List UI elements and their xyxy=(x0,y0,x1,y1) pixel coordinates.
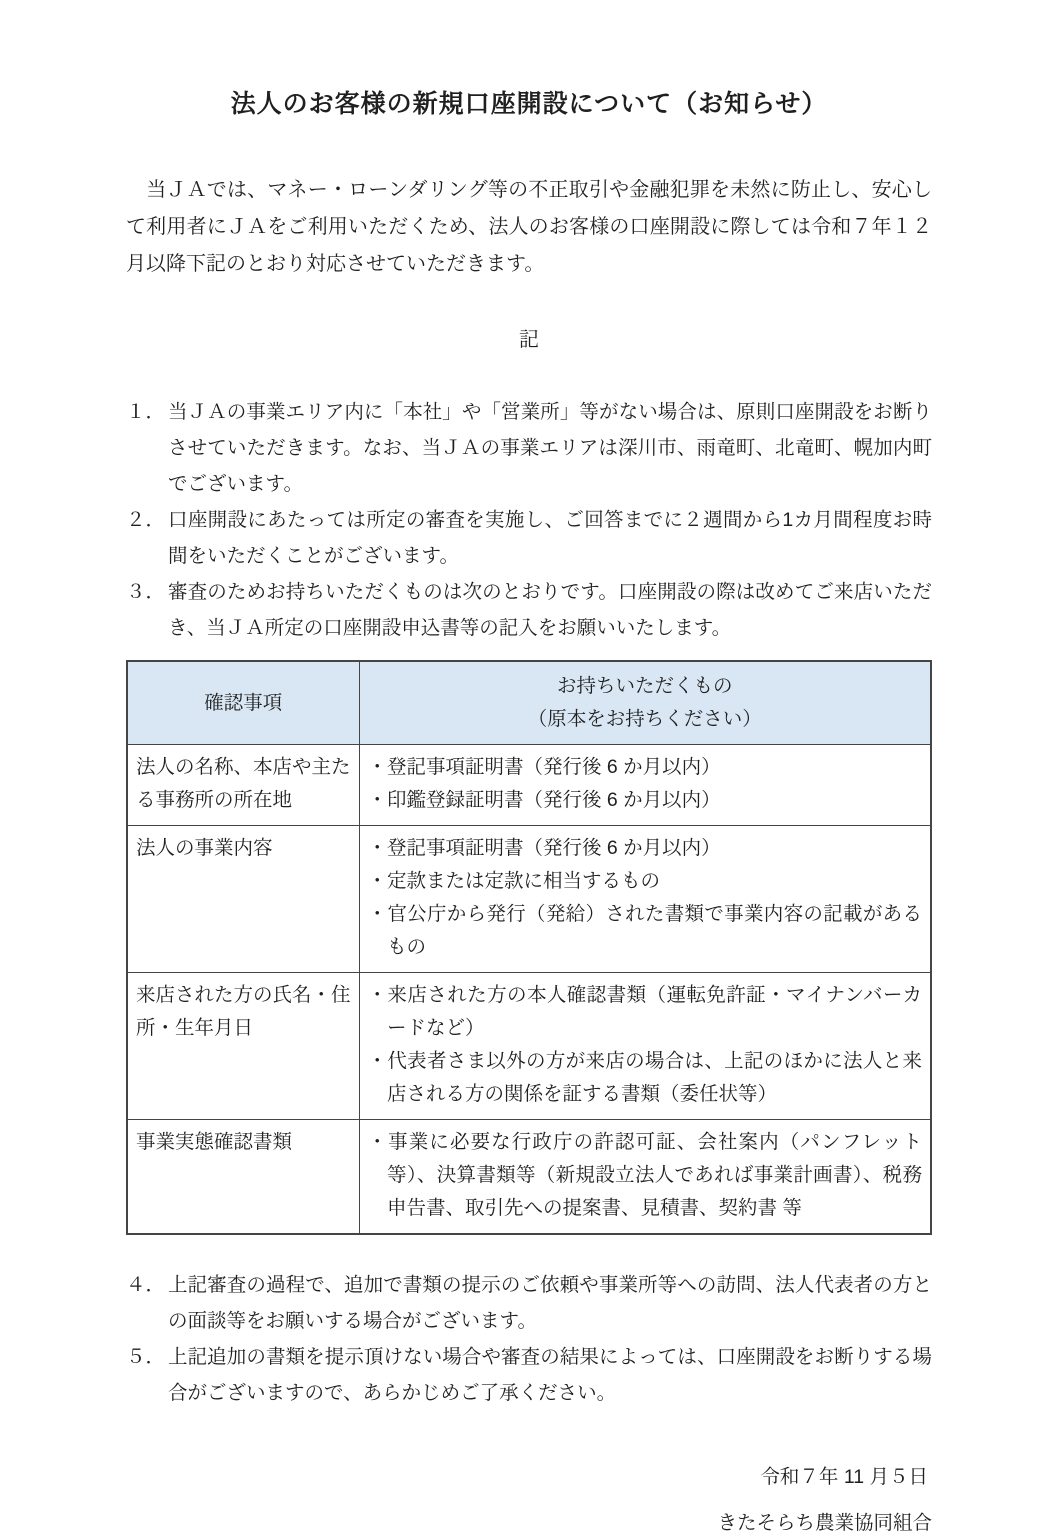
organization-name: きたそらち農業協同組合 xyxy=(126,1507,932,1535)
issue-date: 令和７年 11 月５日 xyxy=(126,1461,932,1489)
numbered-item: ２．口座開設にあたっては所定の審査を実施し、ご回答までに２週間から1カ月間程度お… xyxy=(126,502,932,574)
item-text: 当ＪＡの事業エリア内に「本社」や「営業所」等がない場合は、原則口座開設をお断りさ… xyxy=(168,394,932,502)
document-bullet-line: ・登記事項証明書（発行後 6 か月以内） xyxy=(368,832,923,865)
numbered-item: ３．審査のためお持ちいただくものは次のとおりです。口座開設の際は改めてご来店いた… xyxy=(126,574,932,646)
table-row: 法人の名称、本店や主たる事務所の所在地・登記事項証明書（発行後 6 か月以内）・… xyxy=(127,745,931,826)
numbered-list-top: １．当ＪＡの事業エリア内に「本社」や「営業所」等がない場合は、原則口座開設をお断… xyxy=(126,394,932,646)
page-title: 法人のお客様の新規口座開設について（お知らせ） xyxy=(126,84,932,120)
table-header-col1-label: 確認事項 xyxy=(204,692,282,714)
intro-paragraph: 当ＪＡでは、マネー・ローンダリング等の不正取引や金融犯罪を未然に防止し、安心して… xyxy=(126,172,932,283)
document-bullet-line: ・事業に必要な行政庁の許認可証、会社案内（パンフレット等）、決算書類等（新規設立… xyxy=(368,1126,923,1225)
item-text: 審査のためお持ちいただくものは次のとおりです。口座開設の際は改めてご来店いただき… xyxy=(168,574,932,646)
table-header-required-documents: お持ちいただくもの （原本をお持ちください） xyxy=(359,661,931,745)
confirmation-item-cell: 法人の名称、本店や主たる事務所の所在地 xyxy=(127,745,359,826)
item-number: ２． xyxy=(126,502,168,574)
confirmation-item-cell: 事業実態確認書類 xyxy=(127,1120,359,1235)
numbered-item: ４．上記審査の過程で、追加で書類の提示のご依頼や事業所等への訪問、法人代表者の方… xyxy=(126,1267,932,1339)
required-documents-cell: ・来店された方の本人確認書類（運転免許証・マイナンバーカードなど）・代表者さま以… xyxy=(359,973,931,1120)
table-header-col2-line2: （原本をお持ちください） xyxy=(368,703,923,736)
document-bullet-line: ・来店された方の本人確認書類（運転免許証・マイナンバーカードなど） xyxy=(368,979,923,1045)
required-documents-cell: ・事業に必要な行政庁の許認可証、会社案内（パンフレット等）、決算書類等（新規設立… xyxy=(359,1120,931,1235)
table-header-col2-line1: お持ちいただくもの xyxy=(368,670,923,703)
documents-table: 確認事項 お持ちいただくもの （原本をお持ちください） 法人の名称、本店や主たる… xyxy=(126,660,932,1235)
table-header-row: 確認事項 お持ちいただくもの （原本をお持ちください） xyxy=(127,661,931,745)
document-bullet-line: ・印鑑登録証明書（発行後 6 か月以内） xyxy=(368,784,923,817)
item-number: ４． xyxy=(126,1267,168,1339)
numbered-item: ５．上記追加の書類を提示頂けない場合や審査の結果によっては、口座開設をお断りする… xyxy=(126,1339,932,1411)
document-bullet-line: ・登記事項証明書（発行後 6 か月以内） xyxy=(368,751,923,784)
item-number: １． xyxy=(126,394,168,502)
required-documents-cell: ・登記事項証明書（発行後 6 か月以内）・印鑑登録証明書（発行後 6 か月以内） xyxy=(359,745,931,826)
item-number: ３． xyxy=(126,574,168,646)
confirmation-item-cell: 法人の事業内容 xyxy=(127,826,359,973)
document-bullet-line: ・官公庁から発行（発給）された書類で事業内容の記載があるもの xyxy=(368,898,923,964)
document-bullet-line: ・定款または定款に相当するもの xyxy=(368,865,923,898)
table-row: 来店された方の氏名・住所・生年月日・来店された方の本人確認書類（運転免許証・マイ… xyxy=(127,973,931,1120)
item-text: 上記追加の書類を提示頂けない場合や審査の結果によっては、口座開設をお断りする場合… xyxy=(168,1339,932,1411)
item-text: 口座開設にあたっては所定の審査を実施し、ご回答までに２週間から1カ月間程度お時間… xyxy=(168,502,932,574)
ki-heading: 記 xyxy=(126,323,932,352)
confirmation-item-cell: 来店された方の氏名・住所・生年月日 xyxy=(127,973,359,1120)
numbered-list-bottom: ４．上記審査の過程で、追加で書類の提示のご依頼や事業所等への訪問、法人代表者の方… xyxy=(126,1267,932,1411)
table-row: 法人の事業内容・登記事項証明書（発行後 6 か月以内）・定款または定款に相当する… xyxy=(127,826,931,973)
table-row: 事業実態確認書類・事業に必要な行政庁の許認可証、会社案内（パンフレット等）、決算… xyxy=(127,1120,931,1235)
item-number: ５． xyxy=(126,1339,168,1411)
item-text: 上記審査の過程で、追加で書類の提示のご依頼や事業所等への訪問、法人代表者の方との… xyxy=(168,1267,932,1339)
numbered-item: １．当ＪＡの事業エリア内に「本社」や「営業所」等がない場合は、原則口座開設をお断… xyxy=(126,394,932,502)
notice-document: 法人のお客様の新規口座開設について（お知らせ） 当ＪＡでは、マネー・ローンダリン… xyxy=(126,0,932,1535)
document-bullet-line: ・代表者さま以外の方が来店の場合は、上記のほかに法人と来店される方の関係を証する… xyxy=(368,1045,923,1111)
table-header-confirmation-items: 確認事項 xyxy=(127,661,359,745)
required-documents-cell: ・登記事項証明書（発行後 6 か月以内）・定款または定款に相当するもの・官公庁か… xyxy=(359,826,931,973)
